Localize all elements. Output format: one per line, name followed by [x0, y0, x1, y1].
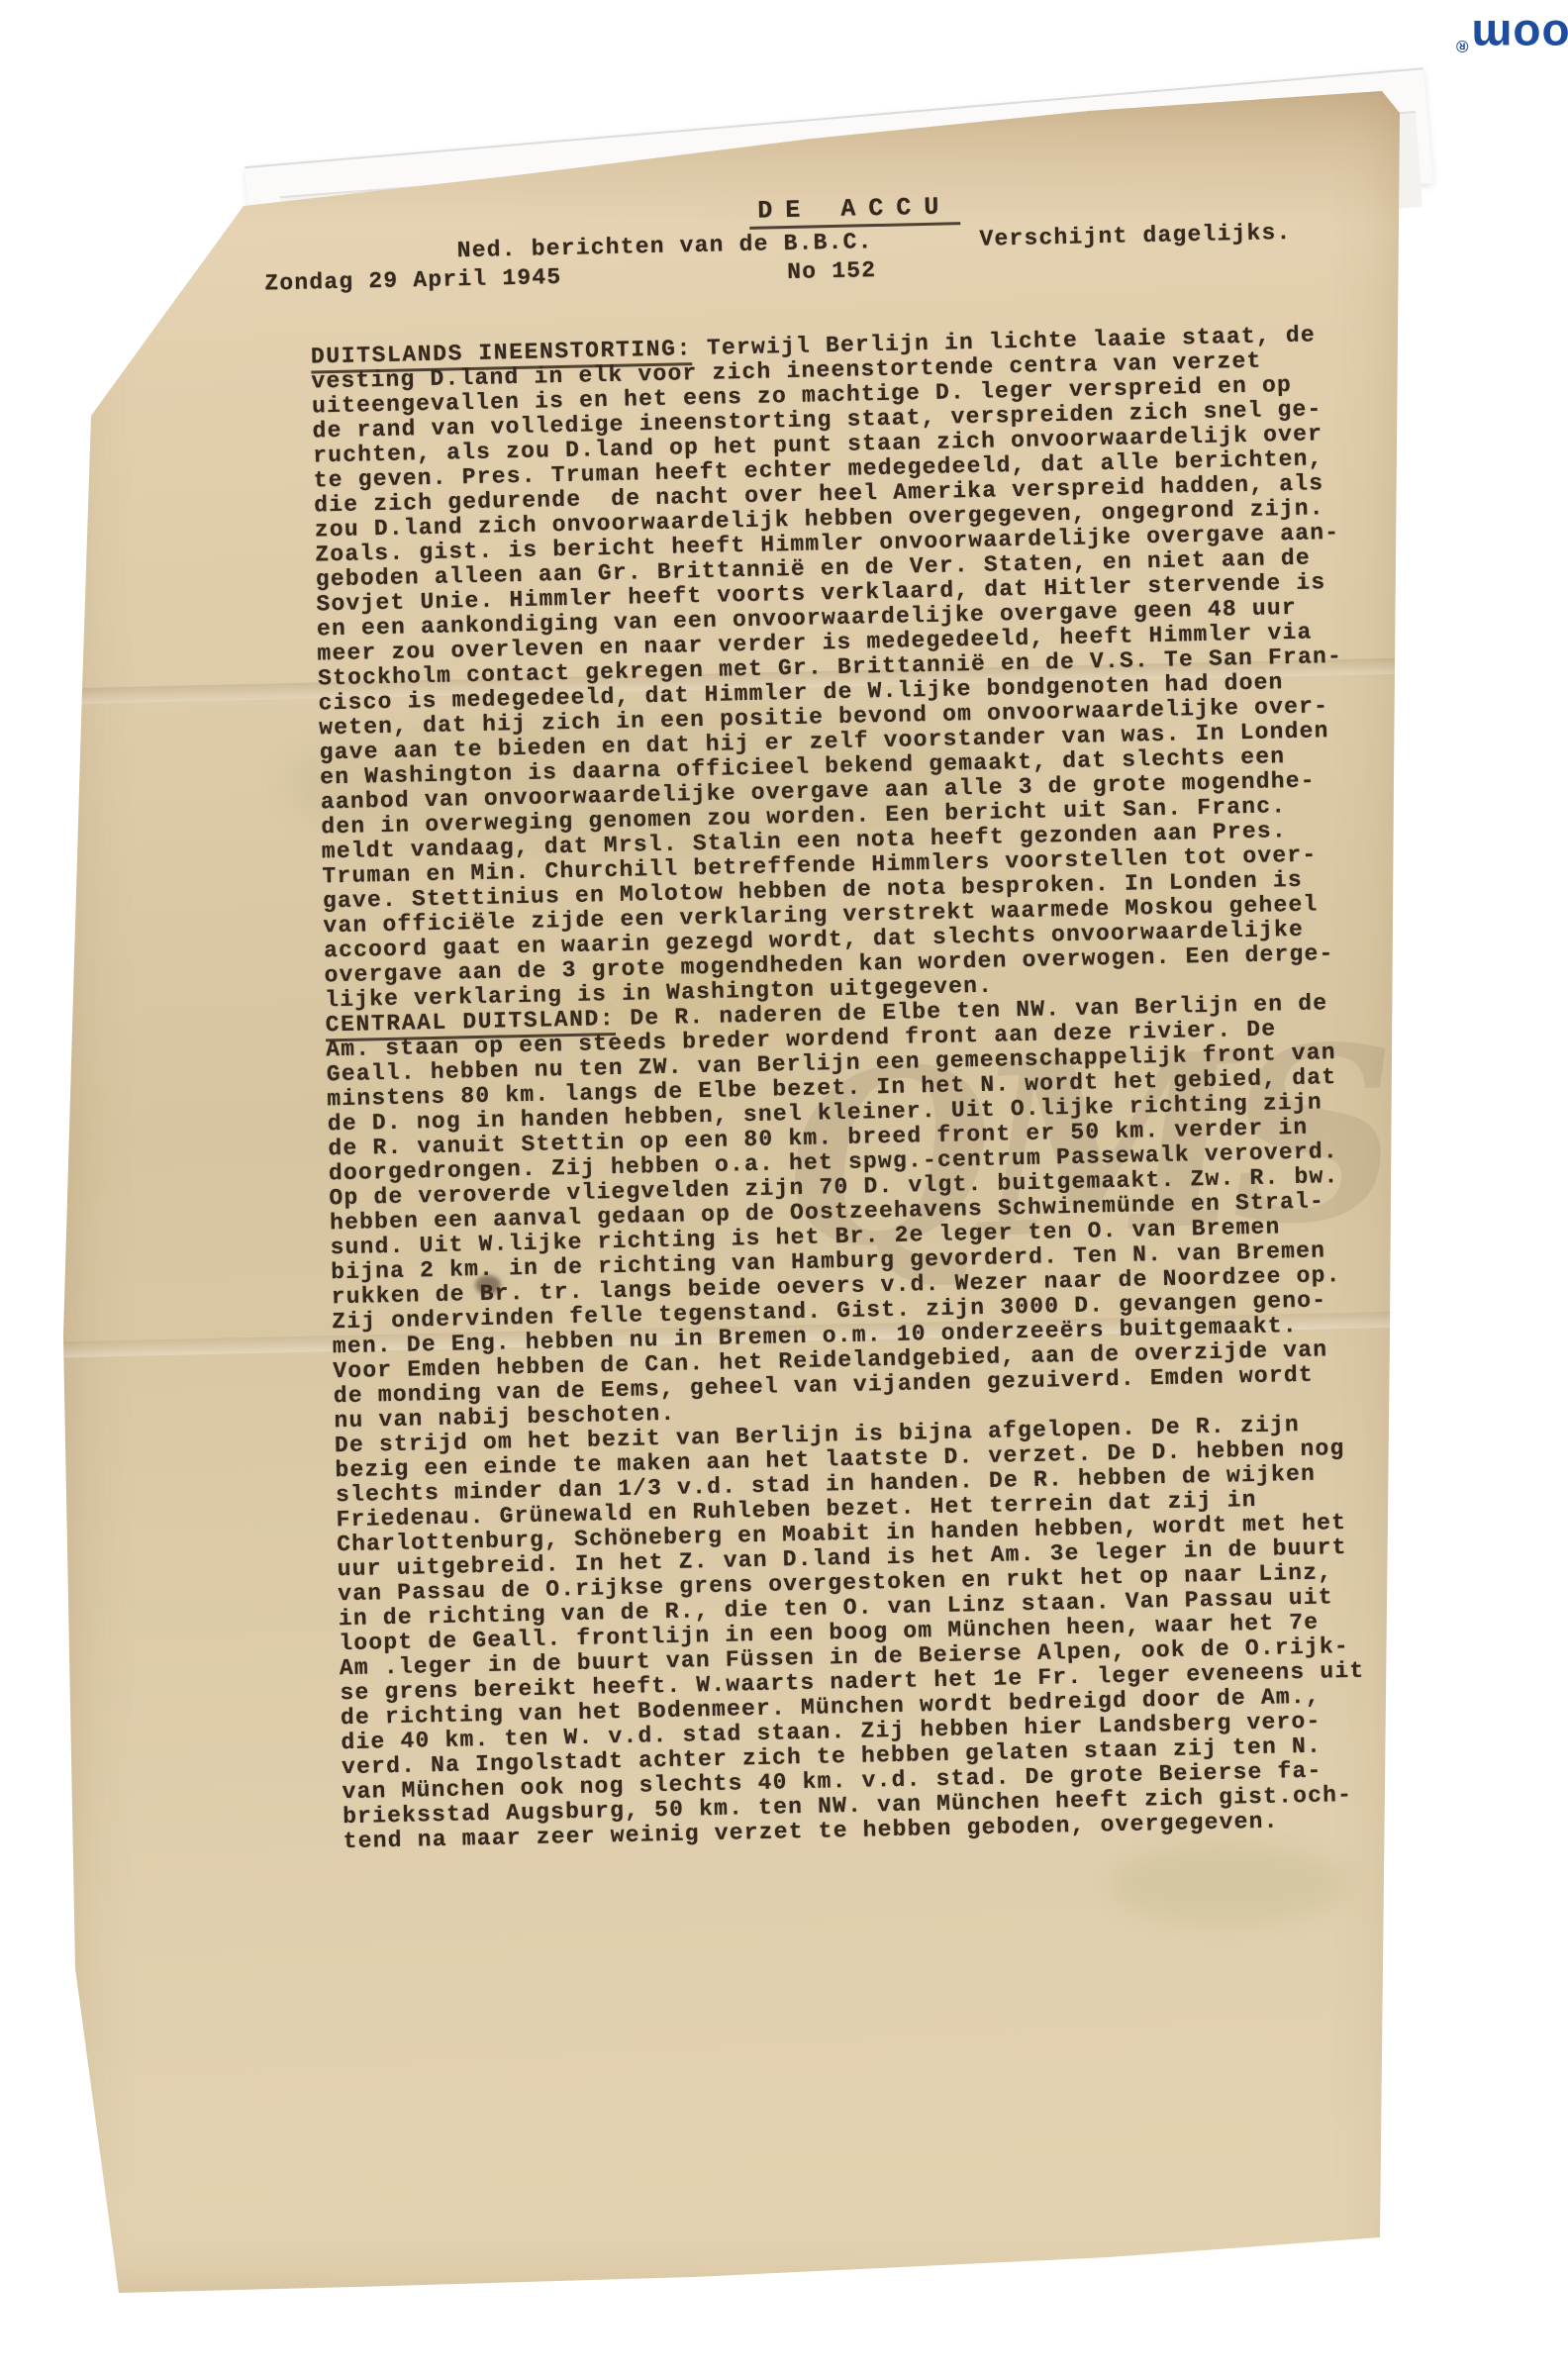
newsletter-title: DE ACCU [749, 192, 960, 230]
masthead-date: Zondag 29 April 1945 [264, 265, 562, 301]
paper-stain [1109, 1844, 1346, 1924]
masthead: DE ACCU Ned. berichten van de B.B.C. Ver… [308, 184, 1404, 299]
masthead-issue-number: No 152 [787, 258, 877, 289]
article-body: DUITSLANDS INEENSTORTING: Terwijl Berlij… [311, 321, 1437, 1854]
registered-trademark-icon: ® [1455, 37, 1469, 55]
document-content: DE ACCU Ned. berichten van de B.B.C. Ver… [59, 57, 1437, 1859]
section: De strijd om het bezit van Berlijn is bi… [335, 1410, 1437, 1854]
section: DUITSLANDS INEENSTORTING: Terwijl Berlij… [311, 321, 1419, 1013]
section: CENTRAAL DUITSLAND: De R. naderen de Elb… [325, 989, 1427, 1434]
room-logo: Room® [1455, 10, 1568, 63]
scan-viewer: Room® QMS DE ACCU Ned. berichten van de … [0, 0, 1568, 2376]
room-logo-text: Room [1471, 11, 1568, 62]
paper-sheet: QMS DE ACCU Ned. berichten van de B.B.C.… [59, 87, 1408, 2303]
